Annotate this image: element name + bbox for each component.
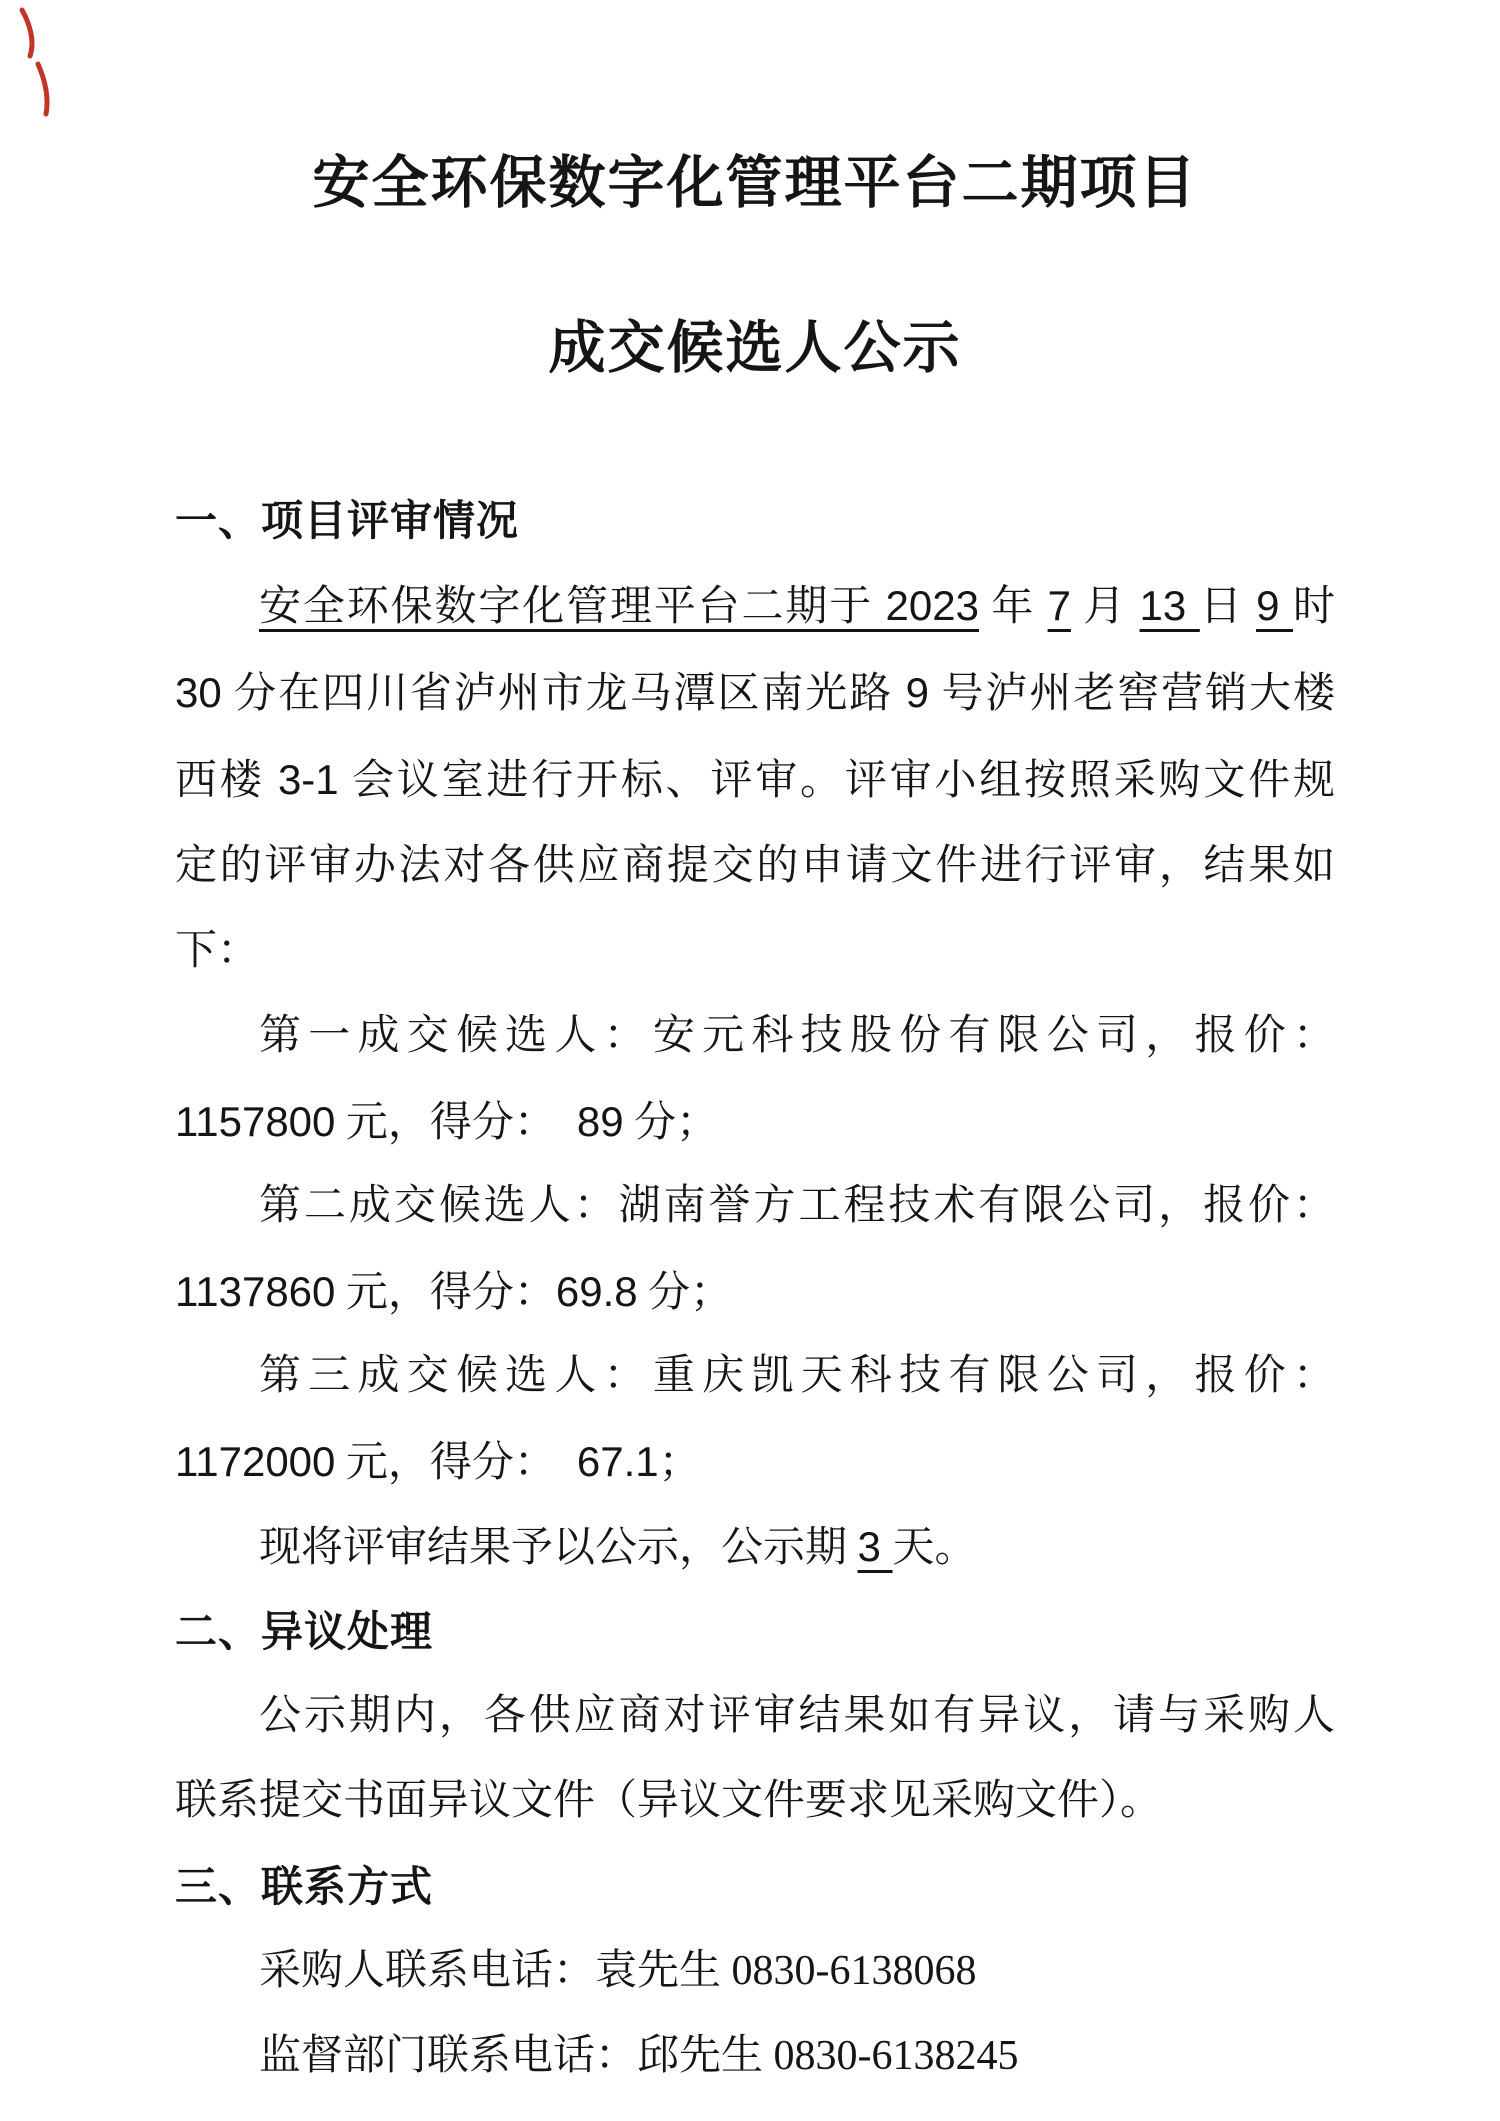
- address-text-1: 分在四川省泸州市龙马潭区南光路: [222, 671, 906, 717]
- contact-supervisor-phone: 0830-6138245: [774, 2033, 1019, 2079]
- contact-purchaser-line: 采购人联系电话：袁先生 0830-6138068: [175, 1929, 1335, 2014]
- publicity-period-line: 现将评审结果予以公示，公示期 3 天。: [175, 1504, 1335, 1589]
- building-text-1: 西楼: [175, 758, 278, 804]
- candidate-2-tail: 分；: [638, 1270, 733, 1316]
- red-pen-marks-icon: [8, 4, 72, 124]
- review-line-3: 西楼 3-1 会议室进行开标、评审。评审小组按照采购文件规: [175, 737, 1335, 824]
- candidate-3-result: 1172000 元，得分： 67.1；: [175, 1419, 1335, 1504]
- month-unit: 月: [1071, 584, 1140, 630]
- candidate-2-price: 1137860: [175, 1268, 335, 1315]
- candidate-2-result: 1137860 元，得分：69.8 分；: [175, 1249, 1335, 1334]
- contact-supervisor-label: 监督部门联系电话：邱先生: [259, 2033, 774, 2079]
- project-name-underlined: 安全环保数字化管理平台二期于 2023: [259, 584, 979, 630]
- publicity-text-2: 天。: [893, 1525, 977, 1571]
- hour-value: 9: [1256, 582, 1293, 629]
- section-1-heading: 一、项目评审情况: [175, 478, 1335, 563]
- publicity-days-value: 3: [858, 1523, 893, 1570]
- publicity-text-1: 现将评审结果予以公示，公示期: [259, 1525, 858, 1571]
- hour-unit: 时: [1293, 584, 1335, 630]
- address-text-2: 号泸州老窖营销大楼: [929, 671, 1335, 717]
- objection-line-1: 公示期内，各供应商对评审结果如有异议，请与采购人: [175, 1674, 1335, 1759]
- candidate-3-score-label: 元，得分：: [335, 1440, 577, 1486]
- building-text-2: 会议室进行开标、评审。评审小组按照采购文件规: [339, 758, 1335, 804]
- review-line-4: 定的评审办法对各供应商提交的申请文件进行评审，结果如: [175, 824, 1335, 909]
- day-unit: 日: [1200, 584, 1256, 630]
- document-content: 安全环保数字化管理平台二期项目 成交候选人公示 一、项目评审情况 安全环保数字化…: [175, 148, 1335, 2099]
- candidate-3-tail: ；: [659, 1440, 701, 1486]
- review-line-1: 安全环保数字化管理平台二期于 2023 年 7 月 13 日 9 时: [175, 563, 1335, 650]
- candidate-3-intro: 第三成交候选人：重庆凯天科技有限公司，报价：: [175, 1334, 1335, 1419]
- document-body: 一、项目评审情况 安全环保数字化管理平台二期于 2023 年 7 月 13 日 …: [175, 478, 1335, 2099]
- candidate-1-intro: 第一成交候选人：安元科技股份有限公司，报价：: [175, 994, 1335, 1079]
- candidate-2-score-label: 元，得分：: [335, 1270, 556, 1316]
- candidate-1-tail: 分；: [624, 1100, 719, 1146]
- candidate-1-result: 1157800 元，得分： 89 分；: [175, 1079, 1335, 1164]
- year-value: 2023: [886, 582, 979, 629]
- candidate-1-score: 89: [577, 1098, 624, 1145]
- title-line-1: 安全环保数字化管理平台二期项目: [175, 148, 1335, 218]
- meeting-room-number: 3-1: [278, 756, 339, 803]
- day-value: 13: [1140, 582, 1200, 629]
- section-3-heading: 三、联系方式: [175, 1844, 1335, 1929]
- month-value: 7: [1048, 582, 1071, 629]
- candidate-2-score: 69.8: [556, 1268, 638, 1315]
- candidate-1-score-label: 元，得分：: [335, 1100, 577, 1146]
- minute-value: 30: [175, 669, 222, 716]
- contact-purchaser-label: 采购人联系电话：袁先生: [259, 1948, 732, 1994]
- candidate-3-score: 67.1: [577, 1438, 659, 1485]
- document-page: 安全环保数字化管理平台二期项目 成交候选人公示 一、项目评审情况 安全环保数字化…: [0, 0, 1500, 2121]
- project-name-text: 安全环保数字化管理平台二期于: [259, 584, 886, 630]
- candidate-2-intro: 第二成交候选人：湖南誉方工程技术有限公司，报价：: [175, 1164, 1335, 1249]
- year-unit: 年: [979, 584, 1048, 630]
- contact-purchaser-phone: 0830-6138068: [732, 1948, 977, 1994]
- review-line-2: 30 分在四川省泸州市龙马潭区南光路 9 号泸州老窖营销大楼: [175, 650, 1335, 737]
- candidate-3-price: 1172000: [175, 1438, 335, 1485]
- objection-line-2: 联系提交书面异议文件（异议文件要求见采购文件）。: [175, 1759, 1335, 1844]
- contact-supervisor-line: 监督部门联系电话：邱先生 0830-6138245: [175, 2014, 1335, 2099]
- candidate-1-price: 1157800: [175, 1098, 335, 1145]
- section-2-heading: 二、异议处理: [175, 1589, 1335, 1674]
- title-line-2: 成交候选人公示: [175, 313, 1335, 383]
- review-line-5: 下：: [175, 909, 1335, 994]
- street-number: 9: [906, 669, 929, 716]
